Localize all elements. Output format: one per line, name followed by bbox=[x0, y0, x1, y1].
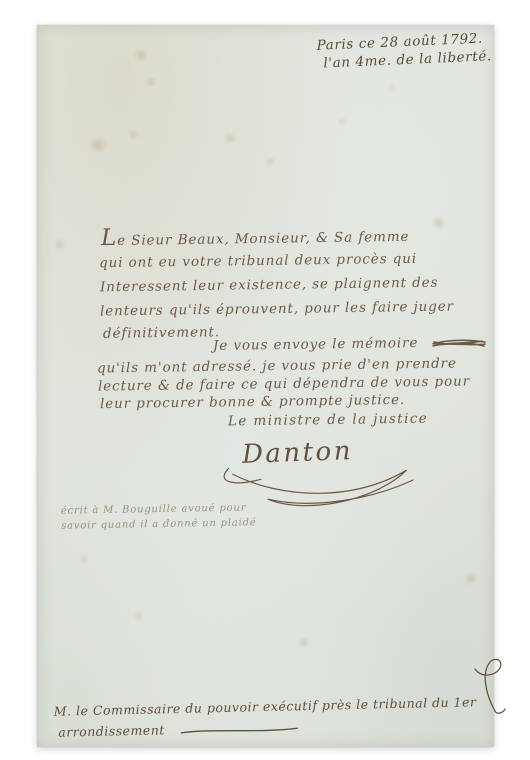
address-docket: M. le Commissaire du pouvoir exécutif pr… bbox=[54, 691, 478, 743]
foxing-spot bbox=[53, 239, 66, 250]
foxing-spot bbox=[297, 637, 310, 648]
foxing-spot bbox=[145, 77, 157, 87]
foxing-spot bbox=[133, 49, 149, 61]
letter-line: Interessent leur existence, se plaignent… bbox=[100, 275, 439, 297]
letter-line: Le ministre de la justice bbox=[228, 411, 428, 431]
foxing-spot bbox=[337, 117, 347, 126]
letter-line: définitivement. bbox=[103, 324, 220, 343]
foxing-spot bbox=[463, 573, 478, 585]
foxing-spot bbox=[87, 137, 109, 153]
foxing-spot bbox=[133, 611, 144, 620]
photograph-of-letter: Paris ce 28 août 1792. l'an 4me. de la l… bbox=[0, 0, 530, 760]
foxing-spot bbox=[127, 129, 139, 139]
letter-line: Le Sieur Beaux, Monsieur, & Sa femme bbox=[101, 226, 410, 250]
address-line: arrondissement bbox=[58, 719, 165, 742]
letter-paper: Paris ce 28 août 1792. l'an 4me. de la l… bbox=[37, 25, 494, 747]
letter-line: leur procurer bonne & prompte justice. bbox=[100, 392, 405, 413]
foxing-spot bbox=[223, 133, 237, 144]
marginal-annotation-line: savoir quand il a donné un plaidé bbox=[61, 515, 257, 533]
marginal-annotation: écrit à M. Bouguille avoué pour savoir q… bbox=[61, 500, 257, 533]
crossed-out-word bbox=[429, 336, 487, 350]
signature-block: Danton bbox=[242, 436, 354, 470]
letter-line: qui ont eu votre tribunal deux procès qu… bbox=[99, 251, 417, 272]
foxing-spot bbox=[431, 217, 447, 229]
flourish-dash bbox=[179, 724, 299, 737]
dateline-block: Paris ce 28 août 1792. l'an 4me. de la l… bbox=[316, 29, 492, 73]
letter-line: lenteurs qu'ils éprouvent, pour les fair… bbox=[100, 299, 454, 321]
letter-line-text: Je vous envoye le mémoire bbox=[213, 335, 419, 354]
foxing-spot bbox=[79, 555, 89, 564]
letter-line: Je vous envoye le mémoire bbox=[213, 334, 488, 355]
foxing-spot bbox=[387, 83, 397, 91]
foxing-spot bbox=[265, 157, 276, 166]
